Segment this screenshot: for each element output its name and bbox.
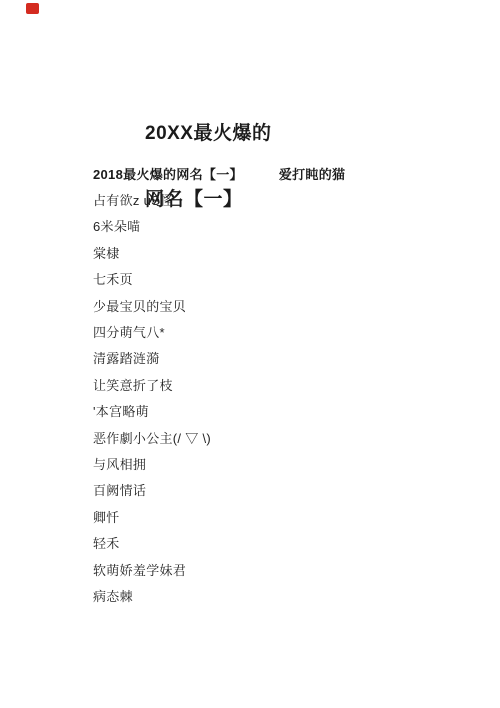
- nickname-list: 2018最火爆的网名【一】 爱打盹的猫 占有欲z uS怪 6米朵喵 棠棣 七禾页…: [93, 160, 453, 609]
- list-item: 软萌娇羞学妹君: [93, 556, 453, 582]
- list-heading-first-name: 爱打盹的猫: [279, 164, 346, 183]
- list-item: 百阙情话: [93, 477, 453, 503]
- list-item: 与风相拥: [93, 450, 453, 476]
- list-item: 6米朵喵: [93, 213, 453, 239]
- list-item: 让笑意折了枝: [93, 371, 453, 397]
- list-item: 占有欲z uS怪: [93, 186, 453, 212]
- list-item: '本宫略萌: [93, 398, 453, 424]
- page-title-line1: 20XX最火爆的: [145, 123, 271, 145]
- list-item: 恶作劇小公主(/ ▽ \): [93, 424, 453, 450]
- list-item: 四分萌气八*: [93, 318, 453, 344]
- document-page: 20XX最火爆的 网名【一】 2018最火爆的网名【一】 爱打盹的猫 占有欲z …: [0, 0, 500, 708]
- list-item: 七禾页: [93, 266, 453, 292]
- list-item: 病态棘: [93, 582, 453, 608]
- list-heading: 2018最火爆的网名【一】 爱打盹的猫: [93, 160, 453, 186]
- list-item: 少最宝贝的宝贝: [93, 292, 453, 318]
- list-item: 清露踏涟漪: [93, 345, 453, 371]
- red-corner-mark: [26, 3, 39, 14]
- list-item: 卿忏: [93, 503, 453, 529]
- list-heading-title: 2018最火爆的网名【一】: [93, 164, 243, 183]
- list-item: 轻禾: [93, 529, 453, 555]
- list-item: 棠棣: [93, 239, 453, 265]
